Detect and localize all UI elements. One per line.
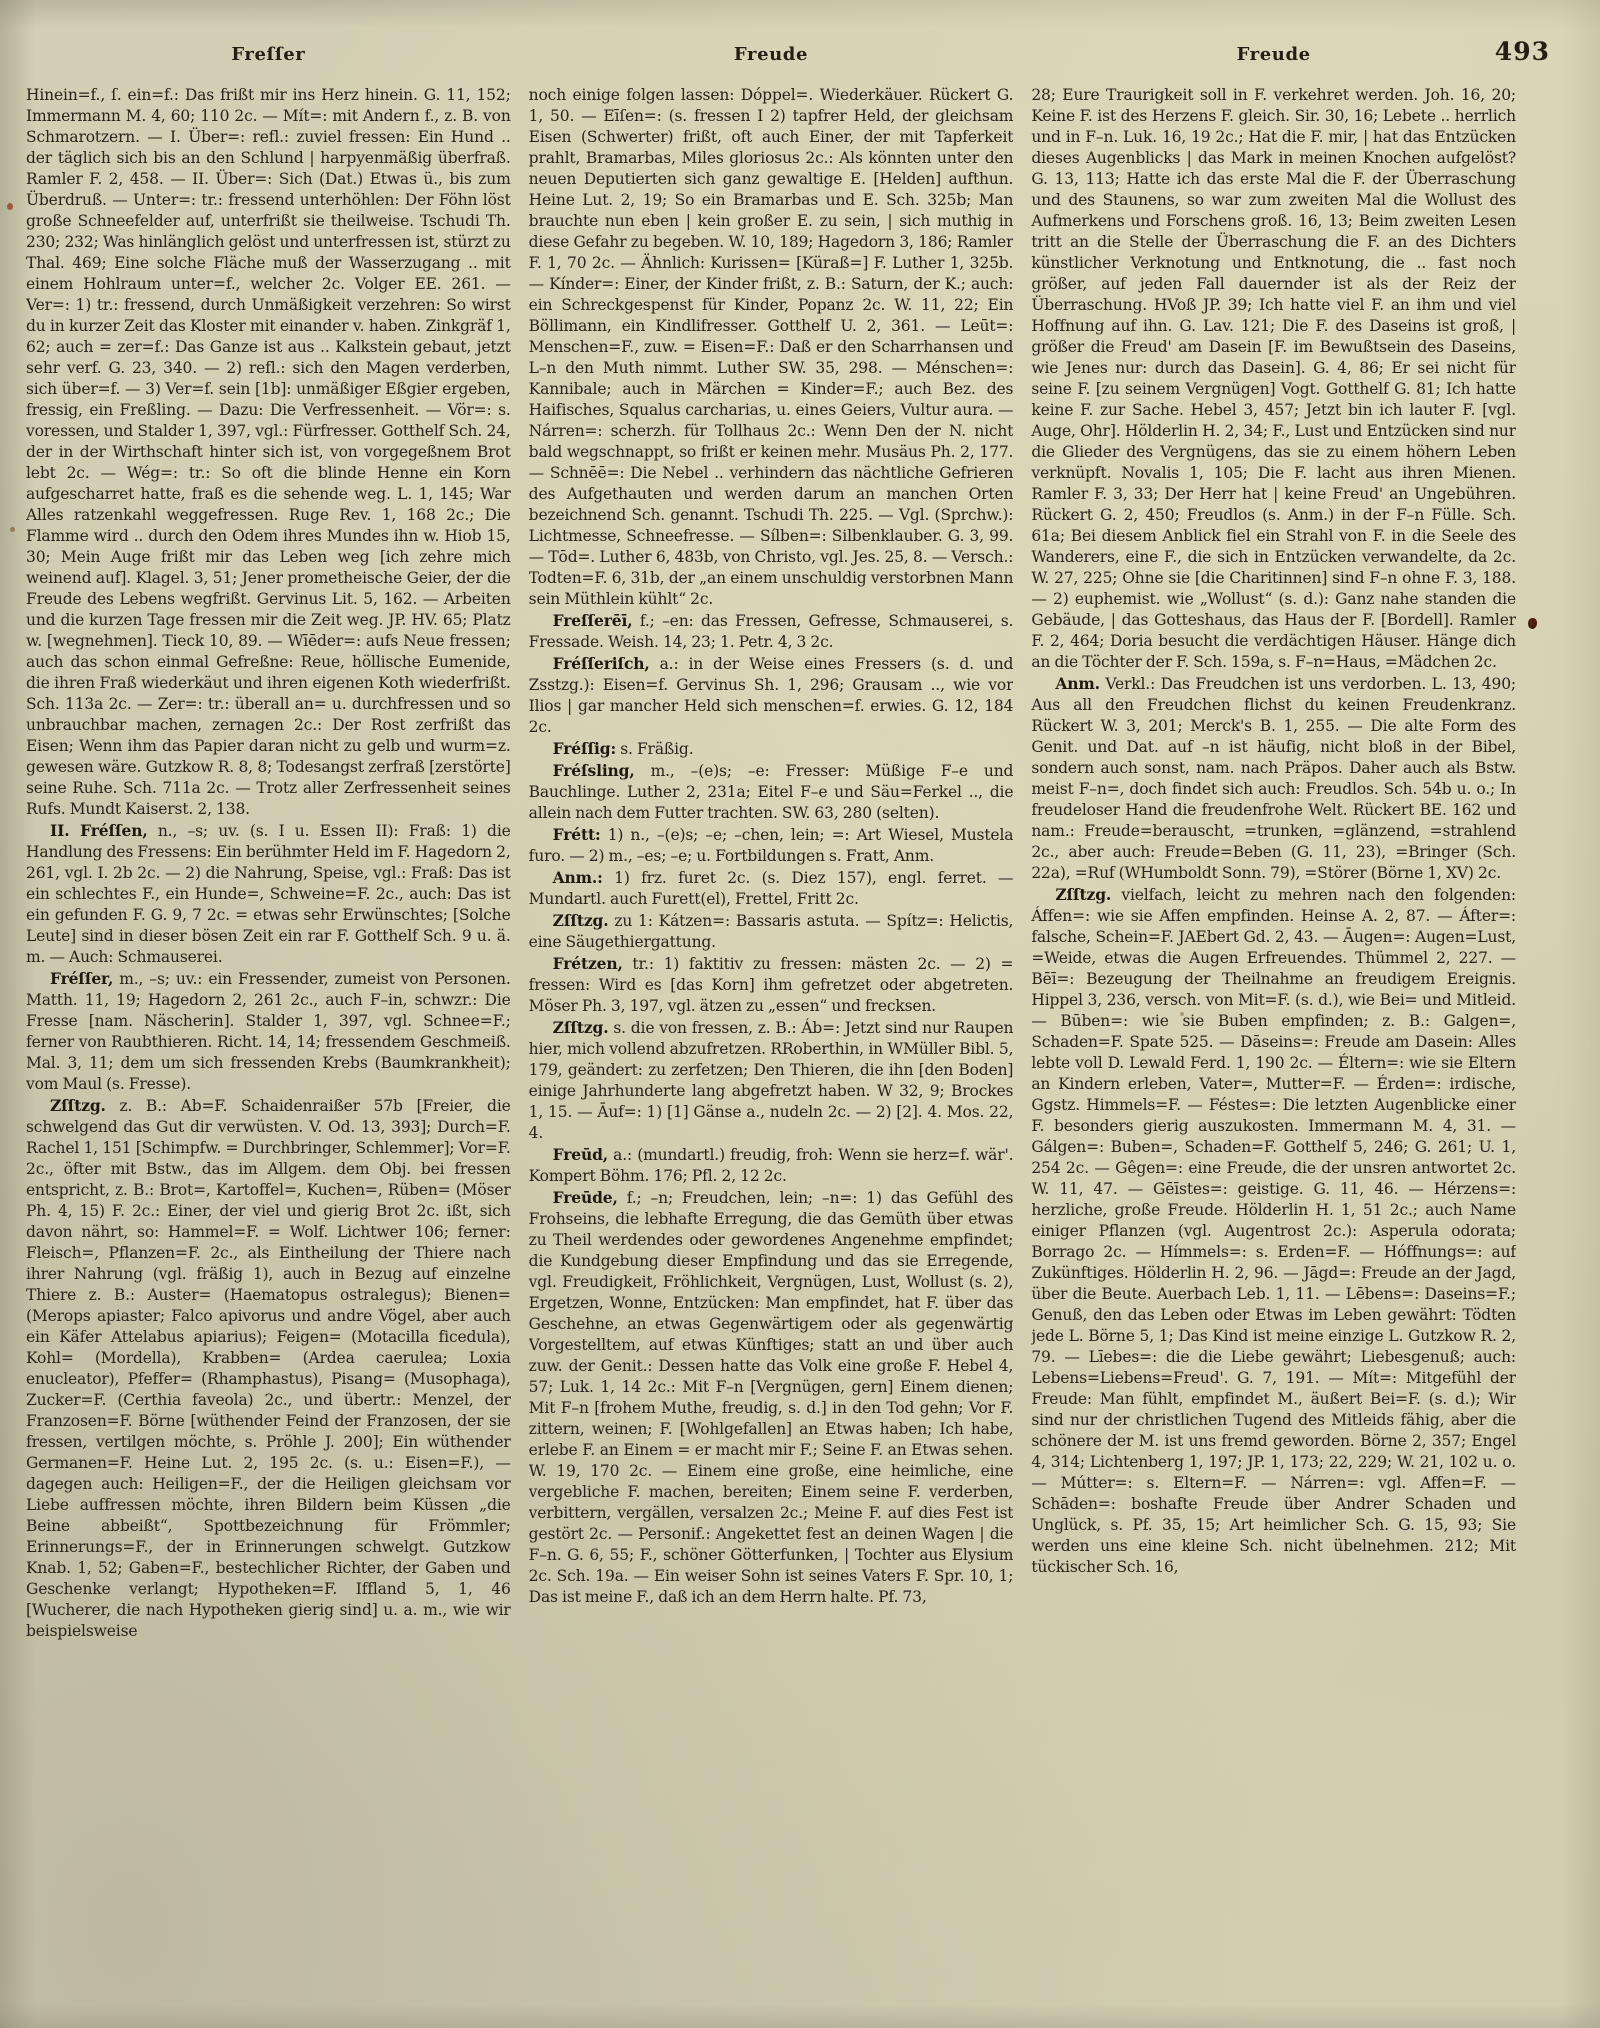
- entry-headword: Fréſſeriſch,: [553, 654, 650, 673]
- running-head-right-cell: Freude 493: [1031, 44, 1516, 65]
- entry-headword: Zſſtzg.: [50, 1096, 106, 1115]
- paragraph: Frétzen, tr.: 1) faktitiv zu fressen: mä…: [529, 953, 1014, 1017]
- paragraph: Fréſſig: s. Fräßig.: [529, 738, 1014, 760]
- paragraph: Zſſtzg. z. B.: Ab=F. Schaidenraißer 57b …: [26, 1095, 511, 1642]
- paragraph: Fréſsling, m., –(e)s; –e: Fresser: Müßig…: [529, 760, 1014, 824]
- entry-headword: Anm.:: [553, 868, 603, 887]
- entry-headword: Freſſerēī,: [553, 611, 633, 630]
- paragraph: Zſſtzg. vielfach, leicht zu mehren nach …: [1031, 884, 1516, 1578]
- entry-headword: Zſſtzg.: [553, 911, 609, 930]
- dictionary-page: Freſſer Freude Freude 493 Hinein=f., ſ. …: [0, 0, 1600, 2028]
- entry-headword: Freūd,: [553, 1145, 608, 1164]
- entry-headword: Fréſſer,: [50, 969, 113, 988]
- entry-headword: Fréſſig:: [553, 739, 616, 758]
- paragraph: Freſſerēī, f.; –en: das Fressen, Gefress…: [529, 610, 1014, 653]
- entry-headword: II. Fréſſen,: [50, 821, 148, 840]
- paragraph: Fréſſeriſch, a.: in der Weise eines Fres…: [529, 653, 1014, 738]
- entry-headword: Zſſtzg.: [553, 1018, 609, 1037]
- paragraph: II. Fréſſen, n., –s; uv. (s. I u. Essen …: [26, 820, 511, 968]
- page-number: 493: [1495, 37, 1550, 66]
- running-head-left-cell: Freſſer: [26, 44, 511, 65]
- running-header: Freſſer Freude Freude 493: [26, 44, 1516, 65]
- paragraph: Hinein=f., ſ. ein=f.: Das frißt mir ins …: [26, 85, 511, 820]
- paper-speck: [10, 527, 15, 532]
- paragraph: Frétt: 1) n., –(e)s; –e; –chen, lein; =:…: [529, 824, 1014, 867]
- entry-headword: Frétzen,: [553, 954, 623, 973]
- paragraph: Freūd, a.: (mundartl.) freudig, froh: We…: [529, 1144, 1014, 1187]
- paragraph: Zſſtzg. s. die von fressen, z. B.: Áb=: …: [529, 1017, 1014, 1144]
- paragraph: Freūde, f.; –n; Freudchen, lein; –n=: 1)…: [529, 1187, 1014, 1608]
- text-column-1: Hinein=f., ſ. ein=f.: Das frißt mir ins …: [26, 85, 511, 1985]
- paragraph: noch einige folgen lassen: Dóppel=. Wied…: [529, 85, 1014, 610]
- text-column-3: 28; Eure Traurigkeit soll in F. verkehre…: [1031, 85, 1516, 1985]
- entry-headword: Zſſtzg.: [1055, 885, 1111, 904]
- paragraph: Zſſtzg. zu 1: Kátzen=: Bassaris astuta. …: [529, 910, 1014, 953]
- text-column-2: noch einige folgen lassen: Dóppel=. Wied…: [529, 85, 1014, 1985]
- text-columns: Hinein=f., ſ. ein=f.: Das frißt mir ins …: [26, 85, 1516, 1985]
- running-head-left: Freſſer: [231, 44, 305, 65]
- paper-speck: [7, 203, 13, 210]
- paragraph: Fréſſer, m., –s; uv.: ein Fressender, zu…: [26, 968, 511, 1095]
- paper-speck: [1180, 1012, 1184, 1016]
- running-head-center-cell: Freude: [529, 44, 1014, 65]
- running-head-right: Freude: [1237, 44, 1311, 65]
- entry-headword: Freūde,: [553, 1188, 618, 1207]
- entry-headword: Fréſsling,: [553, 761, 635, 780]
- running-head-center: Freude: [734, 44, 808, 65]
- ink-spot: [1528, 618, 1537, 629]
- paragraph: Anm. Verkl.: Das Freudchen ist uns verdo…: [1031, 673, 1516, 884]
- paragraph: 28; Eure Traurigkeit soll in F. verkehre…: [1031, 85, 1516, 673]
- entry-headword: Frétt:: [553, 825, 601, 844]
- paragraph: Anm.: 1) frz. furet 2c. (s. Diez 157), e…: [529, 867, 1014, 910]
- entry-headword: Anm.: [1055, 674, 1100, 693]
